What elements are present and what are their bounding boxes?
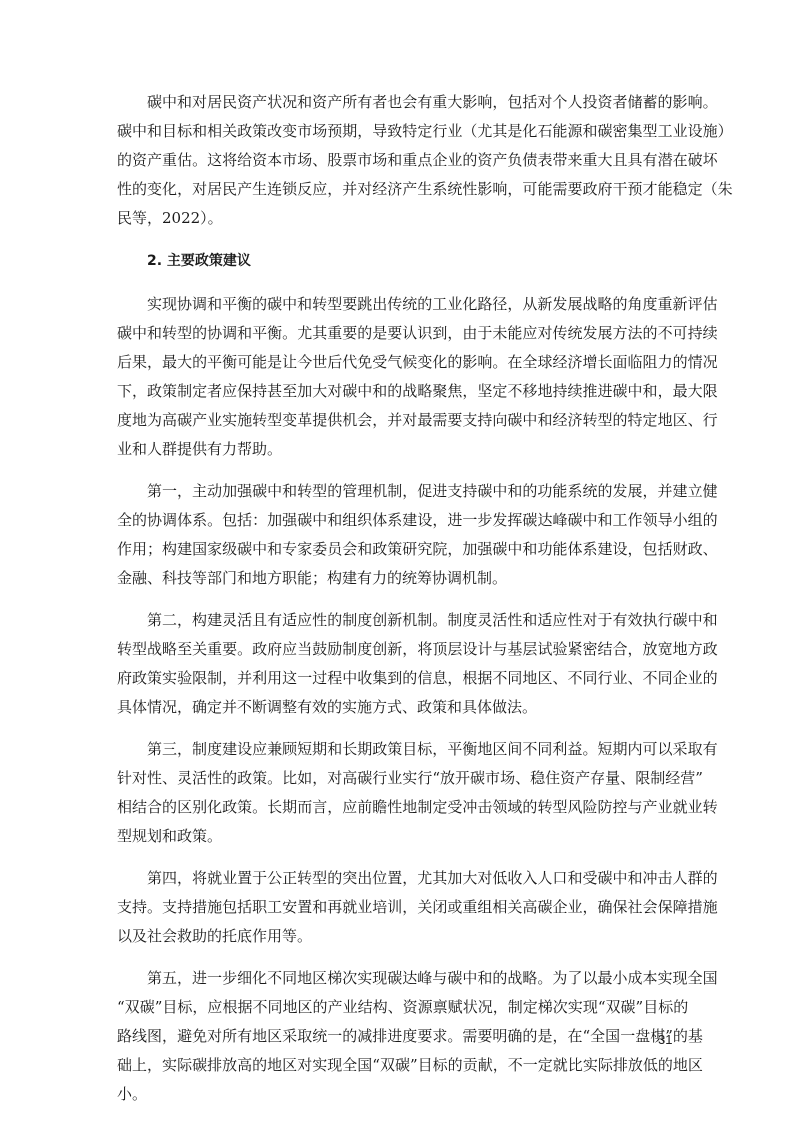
paragraph-line: 路线图，避免对所有地区采取统一的减排进度要求。需要明确的是，在“全国一盘棋”的基 [117, 1022, 677, 1051]
paragraph-line: 全的协调体系。包括：加强碳中和组织体系建设，进一步发挥碳达峰碳中和工作领导小组的 [117, 506, 677, 535]
paragraph-line: 支持。支持措施包括职工安置和再就业培训，关闭或重组相关高碳企业，确保社会保障措施 [117, 893, 677, 922]
paragraph-line: 第四，将就业置于公正转型的突出位置，尤其加大对低收入人口和受碳中和冲击人群的 [147, 864, 677, 893]
paragraph-line: 后果，最大的平衡可能是让今世后代免受气候变化的影响。在全球经济增长面临阻力的情况 [117, 348, 677, 377]
section-heading: 2. 主要政策建议 [147, 247, 251, 276]
paragraph-line: 针对性、灵活性的政策。比如，对高碳行业实行“放开碳市场、稳住资产存量、限制经营” [117, 764, 677, 793]
page-number: 31 [658, 1032, 672, 1047]
paragraph-line: 性的变化，对居民产生连锁反应，并对经济产生系统性影响，可能需要政府干预才能稳定（… [117, 175, 677, 204]
paragraph-line: 碳中和转型的协调和平衡。尤其重要的是要认识到，由于未能应对传统发展方法的不可持续 [117, 319, 677, 348]
paragraph-line: 转型战略至关重要。政府应当鼓励制度创新，将顶层设计与基层试验紧密结合，放宽地方政 [117, 635, 677, 664]
paragraph-line: 碳中和对居民资产状况和资产所有者也会有重大影响，包括对个人投资者储蓄的影响。 [147, 88, 677, 117]
paragraph-line: 第三，制度建设应兼顾短期和长期政策目标，平衡地区间不同利益。短期内可以采取有 [147, 735, 677, 764]
paragraph-line: 第一，主动加强碳中和转型的管理机制，促进支持碳中和的功能系统的发展，并建立健 [147, 477, 677, 506]
paragraph-line: 型规划和政策。 [117, 822, 222, 851]
paragraph-line: 小。 [117, 1080, 147, 1109]
paragraph-line: 民等，2022）。 [117, 204, 223, 233]
paragraph-line: 实现协调和平衡的碳中和转型要跳出传统的工业化路径，从新发展战略的角度重新评估 [147, 290, 677, 319]
paragraph-line: 的资产重估。这将给资本市场、股票市场和重点企业的资产负债表带来重大且具有潜在破坏 [117, 146, 677, 175]
paragraph-line: 以及社会救助的托底作用等。 [117, 922, 312, 951]
paragraph-line: 下，政策制定者应保持甚至加大对碳中和的战略聚焦，坚定不移地持续推进碳中和，最大限 [117, 377, 677, 406]
paragraph-line: 作用；构建国家级碳中和专家委员会和政策研究院，加强碳中和功能体系建设，包括财政、 [117, 535, 677, 564]
paragraph-line: 府政策实验限制，并利用这一过程中收集到的信息，根据不同地区、不同行业、不同企业的 [117, 664, 677, 693]
paragraph-line: 础上，实际碳排放高的地区对实现全国“双碳”目标的贡献，不一定就比实际排放低的地区 [117, 1051, 677, 1080]
paragraph-line: 相结合的区别化政策。长期而言，应前瞻性地制定受冲击领域的转型风险防控与产业就业转 [117, 793, 677, 822]
paragraph-line: 碳中和目标和相关政策改变市场预期，导致特定行业（尤其是化石能源和碳密集型工业设施… [117, 117, 677, 146]
paragraph-line: 金融、科技等部门和地方职能；构建有力的统筹协调机制。 [117, 564, 507, 593]
paragraph-line: 第五，进一步细化不同地区梯次实现碳达峰与碳中和的战略。为了以最小成本实现全国 [147, 964, 677, 993]
paragraph-line: 业和人群提供有力帮助。 [117, 435, 282, 464]
paragraph-line: 第二，构建灵活且有适应性的制度创新机制。制度灵活性和适应性对于有效执行碳中和 [147, 606, 677, 635]
paragraph-line: “双碳”目标，应根据不同地区的产业结构、资源禀赋状况，制定梯次实现“双碳”目标的 [117, 993, 677, 1022]
paragraph-line: 具体情况，确定并不断调整有效的实施方式、政策和具体做法。 [117, 693, 537, 722]
paragraph-line: 度地为高碳产业实施转型变革提供机会，并对最需要支持向碳中和经济转型的特定地区、行 [117, 406, 677, 435]
